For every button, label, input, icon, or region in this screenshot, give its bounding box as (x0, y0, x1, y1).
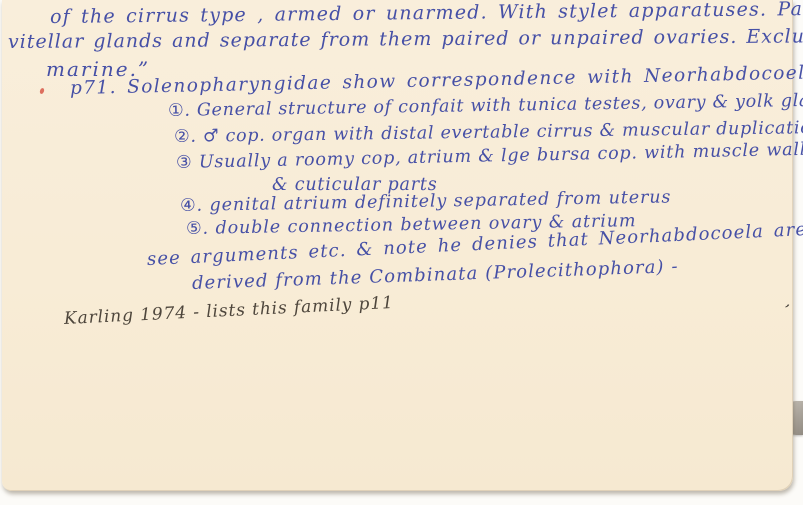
red-speck (39, 87, 45, 94)
handwritten-list-item-1: ①. General structure of confait with tun… (168, 90, 803, 121)
pen-tick-mark: ʼ (780, 301, 790, 320)
scanned-page: of the cirrus type , armed or unarmed. W… (0, 0, 803, 505)
index-card: of the cirrus type , armed or unarmed. W… (2, 0, 793, 491)
handwritten-line-1: of the cirrus type , armed or unarmed. W… (50, 0, 803, 28)
handwritten-line-2: vitellar glands and separate from them p… (8, 25, 803, 53)
karling-annotation: Karling 1974 - lists this family p11 (64, 293, 395, 329)
